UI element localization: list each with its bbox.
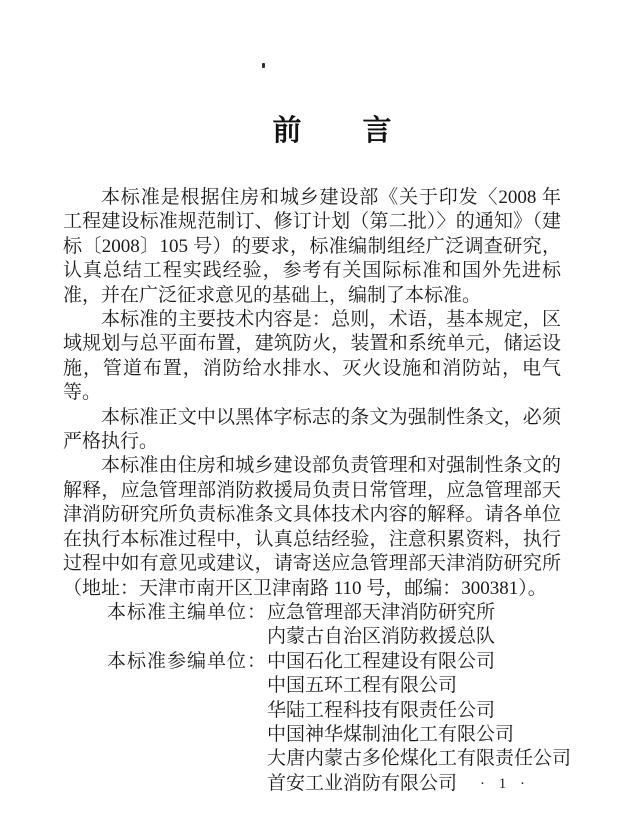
unit-name: 应急管理部天津消防研究所	[267, 601, 561, 625]
paragraph-mandatory-provisions: 本标准正文中以黑体字标志的条文为强制性条文，必须严格执行。	[63, 406, 561, 455]
page-title: 前 言	[19, 108, 627, 149]
participating-editor-row: 大唐内蒙古多伦煤化工有限责任公司	[63, 747, 561, 771]
participating-editor-row: 华陆工程科技有限责任公司	[63, 699, 561, 723]
paragraph-basis: 本标准是根据住房和城乡建设部《关于印发〈2008 年工程建设标准规范制订、修订计…	[63, 186, 561, 308]
paragraph-contents: 本标准的主要技术内容是：总则，术语，基本规定，区域规划与总平面布置，建筑防火，装…	[63, 308, 561, 406]
participating-editor-row: 中国五环工程有限公司	[63, 674, 561, 698]
participating-editor-row: 本标准参编单位： 中国石化工程建设有限公司	[63, 650, 561, 674]
unit-name: 内蒙古自治区消防救援总队	[267, 625, 561, 649]
page-number: · 1 ·	[480, 776, 530, 793]
paragraph-administration: 本标准由住房和城乡建设部负责管理和对强制性条文的解释，应急管理部消防救援局负责日…	[63, 454, 561, 600]
unit-name: 中国五环工程有限公司	[267, 674, 561, 698]
editor-units: 本标准主编单位： 应急管理部天津消防研究所 内蒙古自治区消防救援总队 本标准参编…	[63, 601, 561, 796]
unit-name: 中国神华煤制油化工有限公司	[267, 723, 561, 747]
unit-name: 中国石化工程建设有限公司	[267, 650, 561, 674]
unit-name: 大唐内蒙古多伦煤化工有限责任公司	[267, 747, 571, 771]
document-body: 本标准是根据住房和城乡建设部《关于印发〈2008 年工程建设标准规范制订、修订计…	[63, 186, 561, 796]
chief-editor-label: 本标准主编单位：	[107, 601, 267, 625]
participating-editor-label: 本标准参编单位：	[107, 650, 267, 674]
chief-editor-row: 内蒙古自治区消防救援总队	[63, 625, 561, 649]
chief-editor-row: 本标准主编单位： 应急管理部天津消防研究所	[63, 601, 561, 625]
ink-speck	[262, 63, 265, 68]
unit-name: 华陆工程科技有限责任公司	[267, 699, 561, 723]
participating-editor-row: 中国神华煤制油化工有限公司	[63, 723, 561, 747]
document-page: 前 言 本标准是根据住房和城乡建设部《关于印发〈2008 年工程建设标准规范制订…	[0, 0, 627, 840]
